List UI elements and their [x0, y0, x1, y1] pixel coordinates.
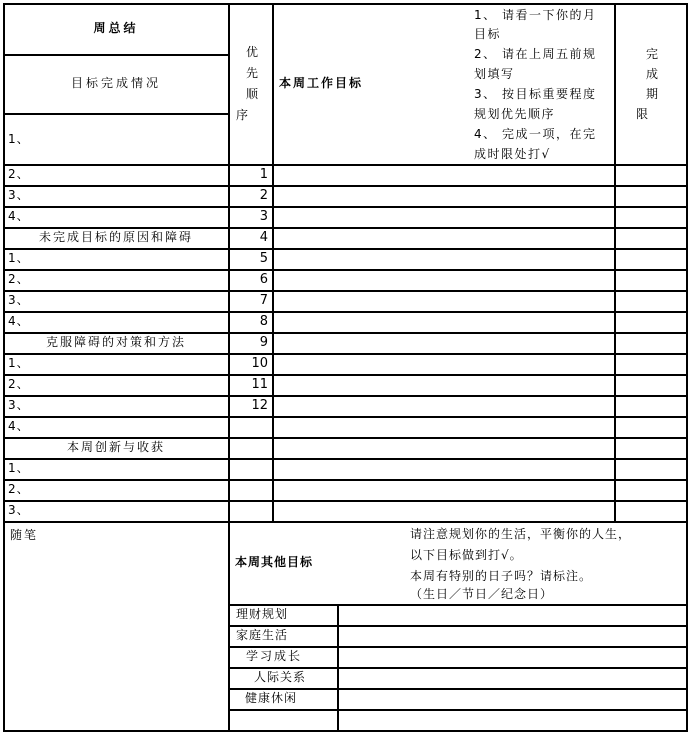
priority-number: 2 [228, 185, 268, 206]
reason-item-2[interactable]: 2、 [8, 269, 30, 290]
reason-item-3[interactable]: 3、 [8, 290, 30, 311]
row-divider [3, 311, 688, 313]
row-divider [3, 113, 229, 115]
col-divider-2 [272, 3, 274, 521]
category-family: 家庭生活 [236, 625, 288, 646]
solution-item-3[interactable]: 3、 [8, 395, 30, 416]
row-divider [3, 521, 688, 523]
solutions-heading: 克服障碍的对策和方法 [3, 332, 229, 353]
row-divider [3, 479, 688, 481]
category-relationships: 人际关系 [254, 667, 306, 688]
priority-number: 8 [228, 311, 268, 332]
solution-item-1[interactable]: 1、 [8, 353, 30, 374]
reason-item-1[interactable]: 1、 [8, 248, 30, 269]
row-divider [3, 206, 688, 208]
category-finance: 理财规划 [236, 604, 288, 625]
category-input-extra[interactable] [339, 711, 685, 729]
priority-number: 12 [228, 395, 268, 416]
category-input-health[interactable] [339, 690, 685, 708]
innovation-item-2[interactable]: 2、 [8, 479, 30, 500]
row-divider [3, 185, 688, 187]
row-divider [3, 290, 688, 292]
goal-item-3[interactable]: 3、 [8, 185, 30, 206]
innovation-heading: 本周创新与收获 [3, 437, 229, 458]
col-divider-3 [614, 3, 616, 521]
innovation-item-1[interactable]: 1、 [8, 458, 30, 479]
notes-label: 随笔 [10, 525, 38, 546]
solution-item-4[interactable]: 4、 [8, 416, 30, 437]
row-divider [3, 164, 688, 166]
priority-number: 10 [228, 353, 268, 374]
priority-number: 3 [228, 206, 268, 227]
row-divider [3, 500, 688, 502]
row-divider [3, 458, 688, 460]
category-health: 健康休闲 [245, 688, 297, 709]
innovation-item-3[interactable]: 3、 [8, 500, 30, 521]
table-border-right [686, 3, 688, 731]
solution-item-2[interactable]: 2、 [8, 374, 30, 395]
row-divider [3, 54, 229, 56]
reasons-heading: 未完成目标的原因和障碍 [3, 227, 229, 248]
row-divider [3, 248, 688, 250]
notes-area[interactable] [5, 545, 227, 729]
goal-item-2[interactable]: 2、 [8, 164, 30, 185]
row-divider [3, 269, 688, 271]
priority-number: 4 [228, 227, 268, 248]
goal-item-4[interactable]: 4、 [8, 206, 30, 227]
weekly-work-goals-label: 本周工作目标 [279, 73, 363, 94]
category-input-learning[interactable] [339, 648, 685, 666]
priority-number: 7 [228, 290, 268, 311]
goal-item-1[interactable]: 1、 [8, 129, 30, 150]
category-input-finance[interactable] [339, 606, 685, 624]
priority-number: 9 [228, 332, 268, 353]
weekly-summary-title: 周总结 [3, 18, 229, 39]
priority-number: 1 [228, 164, 268, 185]
category-input-family[interactable] [339, 627, 685, 645]
row-divider [3, 374, 688, 376]
goal-status-label: 目标完成情况 [3, 73, 229, 94]
row-divider [3, 353, 688, 355]
other-goals-title: 本周其他目标 [235, 552, 313, 573]
table-border-bottom [3, 730, 688, 732]
priority-number: 6 [228, 269, 268, 290]
row-divider [3, 416, 688, 418]
row-divider [3, 395, 688, 397]
reason-item-4[interactable]: 4、 [8, 311, 30, 332]
category-input-relationships[interactable] [339, 669, 685, 687]
priority-number: 5 [228, 248, 268, 269]
priority-number: 11 [228, 374, 268, 395]
category-learning: 学习成长 [246, 646, 302, 667]
